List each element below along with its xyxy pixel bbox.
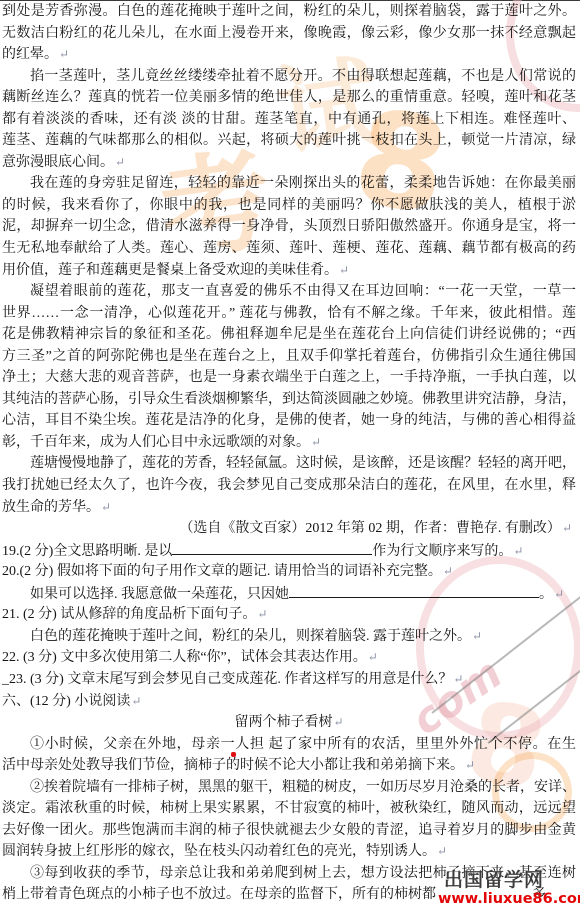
line-text: 放生命的芳华。 <box>2 500 100 515</box>
line-text: 圆润转身披上红彤彤的嫁衣，坠在枝头闪动着红色的亮光，特别诱人。 <box>2 844 436 859</box>
paragraph-mark-icon: ↵ <box>256 607 267 621</box>
text-line: _23. (3 分) 文章末尾写到会梦见自己变成莲花. 作者这样写的用意是什么？… <box>2 669 576 691</box>
line-text: ①小时候，父亲在外地，母亲一人担 起了家中所有的农活，里里外外忙个不停。在生 <box>30 737 576 752</box>
paragraph-mark-icon: ↵ <box>464 758 475 772</box>
line-text: 。 <box>539 587 553 602</box>
line-text: 用价值，莲子和莲藕更是餐桌上备受欢迎的美味佳肴。 <box>2 263 338 278</box>
text-line: 六、(12 分) 小说阅读↵ <box>2 691 576 713</box>
paragraph-mark-icon: ↵ <box>338 263 349 277</box>
text-line: 到处是芳香弥漫。白色的莲花掩映于莲叶之间，粉红的朵儿，则探着脑袋，露于莲叶之外。 <box>2 1 576 23</box>
line-text: 21. (2 分) 试从修辞的角度品析下面句子。 <box>2 607 256 622</box>
line-text: 白色的莲花掩映于莲叶之间，粉红的朵儿，则探着脑袋. 露于莲叶之外。 <box>30 629 471 644</box>
line-text: 彰，千百年来，成为人们心目中永远歌颂的对象。 <box>2 435 310 450</box>
text-line: 无数洁白粉红的花儿朵儿，在水面上漫卷开来，像晚霞，像云彩，像少女那一抹不经意飘起 <box>2 23 576 45</box>
line-text: 净土；大慈大悲的观音菩萨，也是一身素衣端坐于白莲之上，一手持净瓶，一手执白莲，以 <box>2 370 576 385</box>
paragraph-mark-icon: ↵ <box>471 629 482 643</box>
line-text: 的红晕。 <box>2 47 58 62</box>
text-line: 22. (3 分) 文中多次使用第二人称“你”，试体会其表达作用。↵ <box>2 647 576 669</box>
text-line: 的时候，我来看你了，你眼中的我，也是同样的美丽吗？你不愿做肤浅的美人，植根于淤 <box>2 195 576 217</box>
text-line: ②挨着院墙有一排柿子树，黑黑的躯干，粗糙的树皮，一如历尽岁月沧桑的长者，安详、 <box>2 777 576 799</box>
line-text: _23. (3 分) 文章末尾写到会梦见自己变成莲花. 作者这样写的用意是什么？ <box>2 672 452 687</box>
text-line: 莲塘慢慢地静了，莲花的芳香，轻轻氤氲。这时候，是该醉，还是该醒？轻轻的离开吧， <box>2 453 576 475</box>
line-text: 无数洁白粉红的花儿朵儿，在水面上漫卷开来，像晚霞，像云彩，像少女那一抹不经意飘起 <box>2 26 576 41</box>
line-text: 19.(2 分)全文思路明晰. 是以 <box>2 544 172 559</box>
text-line: 方三圣”之首的阿弥陀佛也是坐在莲台之上，且双手仰掌托着莲台，仿佛指引众生通往佛国 <box>2 346 576 368</box>
text-line: 其纯洁的菩萨心肠，引导众生看淡烟柳繁华，到达简淡圆融之妙境。佛教里讲究洁静，身洁… <box>2 389 576 411</box>
line-text: 其纯洁的菩萨心肠，引导众生看淡烟柳繁华，到达简淡圆融之妙境。佛教里讲究洁静，身洁… <box>2 392 576 407</box>
text-line: 如果可以选择. 我愿意做一朵莲花，只因她。↵ <box>2 583 576 605</box>
text-line: 心洁，耳目不染尘埃。莲花是洁净的化身，是佛的使者，她一身的纯洁，与佛的善心相得益 <box>2 410 576 432</box>
line-text: 生无私地奉献给了人类。莲心、莲房、莲须、莲叶、莲梗、莲花、莲藕、藕节都有极高的药 <box>2 241 576 256</box>
line-text: 我打扰她已经太久了，也许今夜，我会梦见自己变成那朵洁白的莲花，在风里，在水里，释 <box>2 478 576 493</box>
paragraph-mark-icon: ↵ <box>452 672 463 686</box>
text-line: 生无私地奉献给了人类。莲心、莲房、莲须、莲叶、莲梗、莲花、莲藕、藕节都有极高的药 <box>2 238 576 260</box>
paragraph-mark-icon: ↵ <box>367 650 378 664</box>
text-line: 彰，千百年来，成为人们心目中永远歌颂的对象。↵ <box>2 432 576 454</box>
text-line: 我打扰她已经太久了，也许今夜，我会梦见自己变成那朵洁白的莲花，在风里，在水里，释 <box>2 475 576 497</box>
text-line: 藕断丝连么？莲真的恍若一位美丽多情的绝世佳人，是那么的重情重意。轻嗅，莲叶和花茎 <box>2 87 576 109</box>
text-line: 都有着淡淡的香味，还有淡 淡的甘甜。莲茎笔直，中有通孔，将莲上下相连。难怪莲叶、 <box>2 109 576 131</box>
line-text: 莲塘慢慢地静了，莲花的芳香，轻轻氤氲。这时候，是该醉，还是该醒？轻轻的离开吧， <box>30 456 576 471</box>
paragraph-mark-icon: ↵ <box>310 435 321 449</box>
text-line: 净土；大慈大悲的观音菩萨，也是一身素衣端坐于白莲之上，一手持净瓶，一手执白莲，以 <box>2 367 576 389</box>
text-line: 活中母亲处处教导我们节俭，摘柿子的时候不论大小都让我和弟弟摘下来。↵ <box>2 755 576 777</box>
line-text: 意弥漫眼底心间。 <box>2 155 114 170</box>
text-line: 掐一茎莲叶，茎儿竟丝丝缕缕牵扯着不愿分开。不由得联想起莲藕，不也是人们常说的 <box>2 66 576 88</box>
line-text: 作为行文顺序来写的。 <box>372 544 512 559</box>
answer-blank[interactable] <box>172 540 372 555</box>
text-line: 凝望着眼前的莲花，那支一直喜爱的佛乐不由得又在耳边回响：“一花一天堂，一草一 <box>2 281 576 303</box>
line-text: 花是佛教精神宗旨的象征和圣花。佛祖释迦牟尼是坐在莲花台上向信徒们讲经说佛的；“西 <box>2 327 576 342</box>
paragraph-mark-icon: ↵ <box>100 500 111 514</box>
text-line: 白色的莲花掩映于莲叶之间，粉红的朵儿，则探着脑袋. 露于莲叶之外。↵ <box>2 626 576 648</box>
line-text: 到处是芳香弥漫。白色的莲花掩映于莲叶之间，粉红的朵儿，则探着脑袋，露于莲叶之外。 <box>2 4 576 19</box>
paragraph-mark-icon: ↵ <box>436 844 447 858</box>
line-text: 凝望着眼前的莲花，那支一直喜爱的佛乐不由得又在耳边回响：“一花一天堂，一草一 <box>30 284 576 299</box>
text-line: 世界……一念一清净，心似莲花开。” 莲花与佛教，恰有不解之缘。千年来，彼此相惜。… <box>2 303 576 325</box>
paragraph-mark-icon: ↵ <box>561 521 572 535</box>
text-line: 放生命的芳华。↵ <box>2 497 576 519</box>
line-text: ②挨着院墙有一排柿子树，黑黑的躯干，粗糙的树皮，一如历尽岁月沧桑的长者，安详、 <box>30 780 576 795</box>
essay-body: 到处是芳香弥漫。白色的莲花掩映于莲叶之间，粉红的朵儿，则探着脑袋，露于莲叶之外。… <box>2 1 576 906</box>
paragraph-mark-icon: ↵ <box>58 47 69 61</box>
line-text: 留两个柿子看树 <box>234 715 332 730</box>
paragraph-mark-icon: ↵ <box>512 544 523 558</box>
line-text: 20.(2 分) 假如将下面的句子用作文章的题记. 请用恰当的词语补充完整。 <box>2 564 442 579</box>
text-line: 留两个柿子看树↵ <box>2 712 576 734</box>
paragraph-mark-icon: ↵ <box>332 715 343 729</box>
text-line: 用价值，莲子和莲藕更是餐桌上备受欢迎的美味佳肴。↵ <box>2 260 576 282</box>
line-text: 泥，却摒弃一切尘念，借清水滋养得一身净骨，头顶烈日骄阳傲然盛开。你通身是宝，将一 <box>2 219 576 234</box>
text-line: 圆润转身披上红彤彤的嫁衣，坠在枝头闪动着红色的亮光，特别诱人。↵ <box>2 841 576 863</box>
answer-blank[interactable] <box>289 583 539 598</box>
site-watermark-url: www.liuxue86.com <box>438 890 578 908</box>
text-line: 的红晕。↵ <box>2 44 576 66</box>
line-text: 都有着淡淡的香味，还有淡 淡的甘甜。莲茎笔直，中有通孔，将莲上下相连。难怪莲叶、 <box>2 112 576 127</box>
line-text: 如果可以选择. 我愿意做一朵莲花，只因她 <box>30 587 289 602</box>
line-text: 淡定。霜浓秋重的时候，柿树上果实累累，不甘寂寞的柿叶，被秋染红，随风而动，远远望 <box>2 801 576 816</box>
line-text: 的时候，我来看你了，你眼中的我，也是同样的美丽吗？你不愿做肤浅的美人，植根于淤 <box>2 198 576 213</box>
text-line: 花是佛教精神宗旨的象征和圣花。佛祖释迦牟尼是坐在莲花台上向信徒们讲经说佛的；“西 <box>2 324 576 346</box>
text-line: 莲茎、莲藕的气味都那么的相似。兴起，将硕大的莲叶挑一枝扣在头上，顿觉一片清凉，绿 <box>2 130 576 152</box>
text-line: 21. (2 分) 试从修辞的角度品析下面句子。↵ <box>2 604 576 626</box>
line-text: 心洁，耳目不染尘埃。莲花是洁净的化身，是佛的使者，她一身的纯洁，与佛的善心相得益 <box>2 413 576 428</box>
site-watermark-stamp: 出国留学网 <box>444 869 574 891</box>
line-text: 去好像一团火。那些饱满而丰润的柿子很快就褪去少女般的青涩，追寻着岁月的脚步由金黄 <box>2 823 576 838</box>
line-text: 藕断丝连么？莲真的恍若一位美丽多情的绝世佳人，是那么的重情重意。轻嗅，莲叶和花茎 <box>2 90 576 105</box>
line-text: 莲茎、莲藕的气味都那么的相似。兴起，将硕大的莲叶挑一枝扣在头上，顿觉一片清凉，绿 <box>2 133 576 148</box>
text-line: 我在莲的身旁驻足留连，轻轻的靠近一朵刚探出头的花蕾，柔柔地告诉她：在你最美丽 <box>2 173 576 195</box>
line-text: 掐一茎莲叶，茎儿竟丝丝缕缕牵扯着不愿分开。不由得联想起莲藕，不也是人们常说的 <box>30 69 576 84</box>
text-line: 去好像一团火。那些饱满而丰润的柿子很快就褪去少女般的青涩，追寻着岁月的脚步由金黄 <box>2 820 576 842</box>
text-line: （选自《散文百家）2012 年第 02 期，作者：曹艳存. 有删改）↵ <box>2 518 576 540</box>
line-text: 活中母亲处处教导我们节俭，摘柿子的时候不论大小都让我和弟弟摘下来。 <box>2 758 464 773</box>
spellcheck-mark <box>231 752 236 757</box>
line-text: 世界……一念一清净，心似莲花开。” 莲花与佛教，恰有不解之缘。千年来，彼此相惜。… <box>2 306 576 321</box>
text-line: 20.(2 分) 假如将下面的句子用作文章的题记. 请用恰当的词语补充完整。↵ <box>2 561 576 583</box>
paragraph-mark-icon: ↵ <box>130 694 141 708</box>
line-text: （选自《散文百家）2012 年第 02 期，作者：曹艳存. 有删改） <box>179 521 561 536</box>
paragraph-mark-icon: ↵ <box>553 587 564 601</box>
text-line: ①小时候，父亲在外地，母亲一人担 起了家中所有的农活，里里外外忙个不停。在生 <box>2 734 576 756</box>
text-line: 19.(2 分)全文思路明晰. 是以作为行文顺序来写的。↵ <box>2 540 576 562</box>
text-line: 泥，却摒弃一切尘念，借清水滋养得一身净骨，头顶烈日骄阳傲然盛开。你通身是宝，将一 <box>2 216 576 238</box>
text-line: 淡定。霜浓秋重的时候，柿树上果实累累，不甘寂寞的柿叶，被秋染红，随风而动，远远望 <box>2 798 576 820</box>
exam-page: 考 试 8 8 com 到处是芳香弥漫。白色的莲花掩映于莲叶之间，粉红的朵儿，则… <box>0 0 580 912</box>
line-text: 我在莲的身旁驻足留连，轻轻的靠近一朵刚探出头的花蕾，柔柔地告诉她：在你最美丽 <box>30 176 576 191</box>
line-text: 22. (3 分) 文中多次使用第二人称“你”，试体会其表达作用。 <box>2 650 367 665</box>
paragraph-mark-icon: ↵ <box>114 155 125 169</box>
line-text: 梢上带着青色斑点的小柿子也不放过。在母亲的监督下，所有的柿树都 <box>2 887 436 902</box>
line-text: 六、(12 分) 小说阅读 <box>2 694 130 709</box>
paragraph-mark-icon: ↵ <box>442 564 453 578</box>
line-text: 方三圣”之首的阿弥陀佛也是坐在莲台之上，且双手仰掌托着莲台，仿佛指引众生通往佛国 <box>2 349 576 364</box>
text-line: 意弥漫眼底心间。↵ <box>2 152 576 174</box>
